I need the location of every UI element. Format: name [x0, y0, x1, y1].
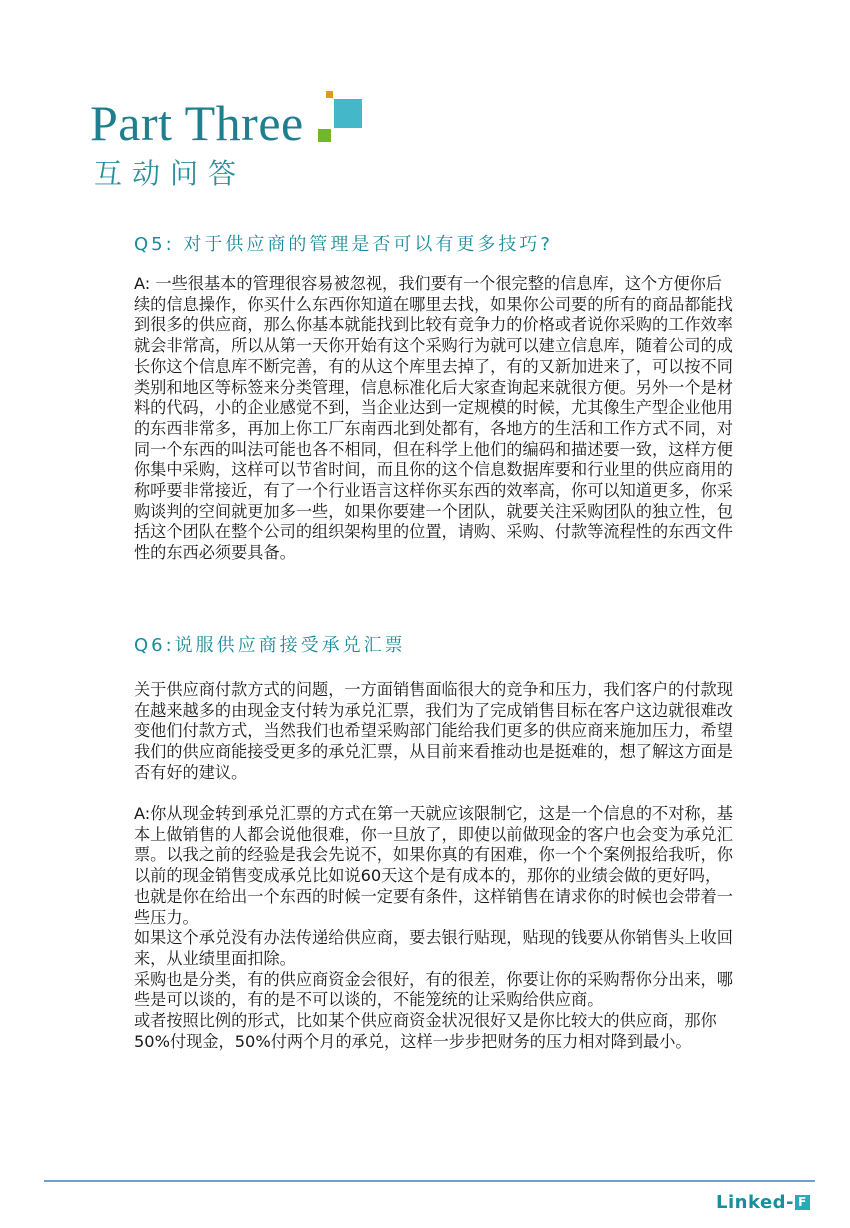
part-subtitle: 互动问答 [94, 160, 246, 188]
question-q6-body: 关于供应商付款方式的问题，一方面销售面临很大的竞争和压力，我们客户的付款现在越来… [134, 680, 734, 784]
question-q5-heading: Q5: 对于供应商的管理是否可以有更多技巧? [134, 236, 553, 254]
paragraph: 关于供应商付款方式的问题，一方面销售面临很大的竞争和压力，我们客户的付款现在越来… [134, 680, 734, 784]
linked-f-logo: Linked-F [716, 1192, 810, 1213]
paragraph: 如果这个承兑没有办法传递给供应商，要去银行贴现，贴现的钱要从你销售头上收回来，从… [134, 928, 734, 969]
answer-q6-body: A:你从现金转到承兑汇票的方式在第一天就应该限制它，这是一个信息的不对称，基本上… [134, 804, 734, 1052]
green-square-decoration [318, 129, 331, 142]
paragraph: A: 一些很基本的管理很容易被忽视，我们要有一个很完整的信息库，这个方便你后续的… [134, 274, 734, 564]
teal-square-decoration [334, 99, 362, 128]
logo-text: Linked- [716, 1192, 794, 1213]
orange-square-decoration [326, 91, 333, 98]
part-title: Part Three [90, 98, 304, 148]
paragraph: 采购也是分类，有的供应商资金会很好，有的很差，你要让你的采购帮你分出来，哪些是可… [134, 970, 734, 1011]
logo-f-box-icon: F [795, 1195, 810, 1210]
paragraph: 或者按照比例的形式，比如某个供应商资金状况很好又是你比较大的供应商，那你50%付… [134, 1011, 734, 1052]
paragraph: A:你从现金转到承兑汇票的方式在第一天就应该限制它，这是一个信息的不对称，基本上… [134, 804, 734, 928]
question-q6-heading: Q6:说服供应商接受承兑汇票 [134, 637, 406, 655]
answer-q5-body: A: 一些很基本的管理很容易被忽视，我们要有一个很完整的信息库，这个方便你后续的… [134, 274, 734, 564]
footer-divider [44, 1180, 815, 1182]
